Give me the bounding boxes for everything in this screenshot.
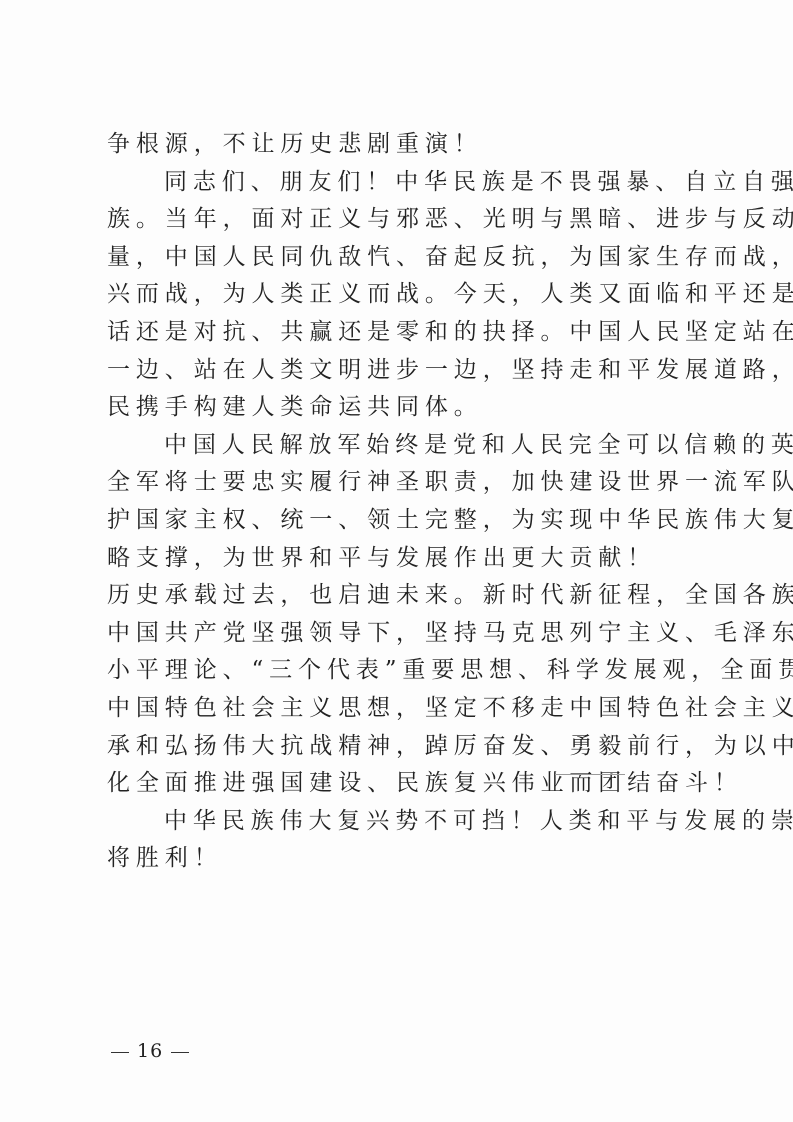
text-line: 中国特色社会主义思想，坚定不移走中国特色社会主义道路，传	[107, 690, 697, 728]
text-line: 量，中国人民同仇敌忾、奋起反抗，为国家生存而战，为民族复	[107, 239, 697, 277]
text-line: 一边、站在人类文明进步一边，坚持走和平发展道路，与各国人	[107, 352, 697, 390]
paragraph-start-line: 历史承载过去，也启迪未来。新时代新征程，全国各族人民要在	[107, 577, 697, 615]
text-line: 承和弘扬伟大抗战精神，踔厉奋发、勇毅前行，为以中国式现代	[107, 728, 697, 766]
page-number: 16	[103, 1040, 197, 1062]
text-line: 族。当年，面对正义与邪恶、光明与黑暗、进步与反动的生死较	[107, 201, 697, 239]
paragraph-start-line: 中华民族伟大复兴势不可挡！人类和平与发展的崇高事业必	[107, 803, 697, 841]
text-line: 话还是对抗、共赢还是零和的抉择。中国人民坚定站在历史正确	[107, 314, 697, 352]
scan-artifact-line	[555, 774, 625, 775]
text-line: 小平理论、“三个代表”重要思想、科学发展观，全面贯彻新时代	[107, 652, 697, 690]
page-number-value: 16	[137, 1040, 163, 1062]
text-line: 民携手构建人类命运共同体。	[107, 389, 697, 427]
document-page: 争根源，不让历史悲剧重演！ 同志们、朋友们！中华民族是不畏强暴、自立自强的伟大民…	[0, 0, 793, 1122]
paragraph-start-line: 中国人民解放军始终是党和人民完全可以信赖的英雄部队。	[107, 427, 697, 465]
text-line: 护国家主权、统一、领土完整，为实现中华民族伟大复兴提供战	[107, 502, 697, 540]
text-line: 全军将士要忠实履行神圣职责，加快建设世界一流军队，坚决维	[107, 464, 697, 502]
body-text: 争根源，不让历史悲剧重演！ 同志们、朋友们！中华民族是不畏强暴、自立自强的伟大民…	[107, 126, 697, 878]
text-line: 兴而战，为人类正义而战。今天，人类又面临和平还是战争、对	[107, 276, 697, 314]
dash-right	[171, 1052, 189, 1053]
dash-left	[111, 1052, 129, 1053]
text-line: 化全面推进强国建设、民族复兴伟业而团结奋斗！	[107, 765, 697, 803]
text-line: 中国共产党坚强领导下，坚持马克思列宁主义、毛泽东思想、邓	[107, 615, 697, 653]
text-line: 略支撑，为世界和平与发展作出更大贡献！	[107, 540, 697, 578]
text-line: 将胜利！	[107, 840, 697, 878]
text-line: 争根源，不让历史悲剧重演！	[107, 126, 697, 164]
paragraph-start-line: 同志们、朋友们！中华民族是不畏强暴、自立自强的伟大民	[107, 164, 697, 202]
